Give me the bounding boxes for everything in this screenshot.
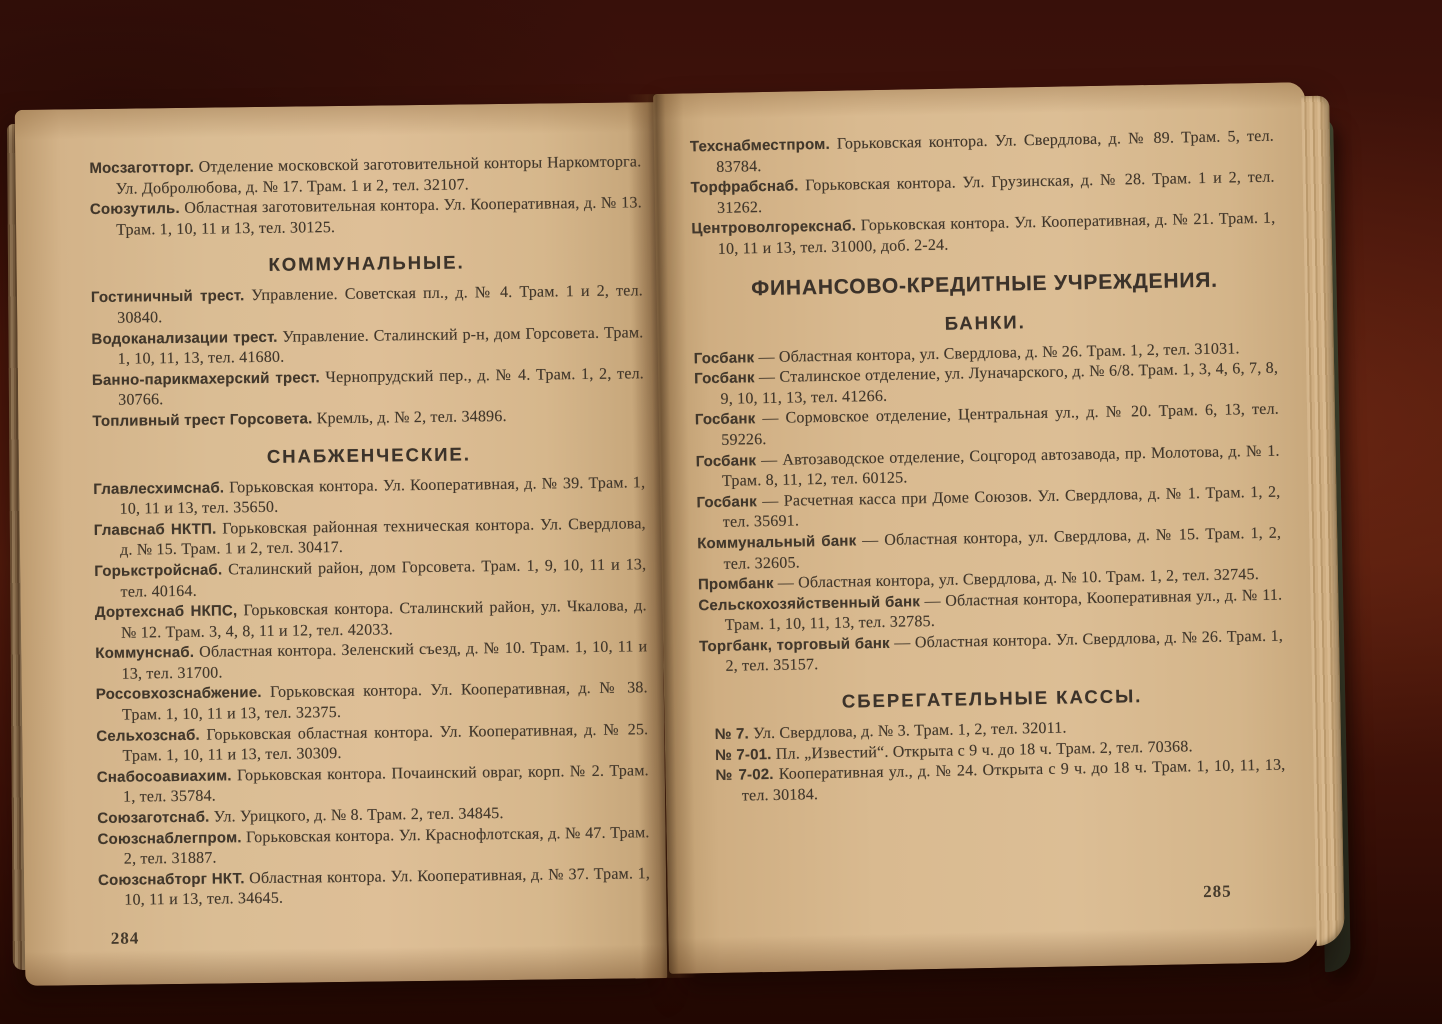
entry-term: Союзснаблегпром. — [97, 829, 241, 848]
page-number-left: 284 — [111, 928, 140, 948]
directory-entry: Снабосоавиахим. Горьковская контора. Поч… — [97, 761, 649, 809]
page-number-right: 285 — [1203, 882, 1232, 903]
directory-entry: Сельхозснаб. Горьковская областная конто… — [96, 720, 648, 768]
entry-term: Снабосоавиахим. — [97, 767, 232, 786]
entry-term: Коммунснаб. — [95, 644, 194, 662]
section-heading-kommunalnye: КОММУНАЛЬНЫЕ. — [90, 250, 642, 279]
entry-text: Ул. Свердлова, д. № 3. Трам. 1, 2, тел. … — [753, 720, 1067, 743]
entry-text: Областная контора. Зеленский съезд, д. №… — [121, 639, 647, 683]
entry-term: Горькстройснаб. — [94, 561, 222, 580]
entry-text: Кремль, д. № 2, тел. 34896. — [317, 408, 507, 427]
entry-term: № 7. — [715, 725, 750, 743]
entry-term: Банно-парикмахерский трест. — [92, 369, 320, 389]
entry-term: Союзаготснаб. — [97, 809, 209, 827]
entry-term: Коммунальный банк — [697, 532, 856, 552]
entry-text: — Автозаводское отделение, Соцгород авто… — [722, 442, 1280, 490]
entry-text: Отделение московской заготовительной кон… — [116, 153, 642, 197]
right-page: Техснабместпром. Горьковская контора. Ул… — [653, 82, 1321, 974]
directory-entry: Водоканализации трест. Управление. Стали… — [91, 323, 643, 371]
entry-term: Госбанк — [694, 369, 755, 387]
directory-entry: Коммунснаб. Областная контора. Зеленский… — [95, 638, 647, 686]
open-book: Мосзаготторг. Отделение московской загот… — [0, 0, 1442, 1024]
entry-term: Госбанк — [696, 493, 757, 511]
entry-text: Горьковская контора. Ул. Грузинская, д. … — [717, 169, 1275, 217]
entry-term: Союзснабторг НКТ. — [98, 870, 245, 889]
right-page-text: Техснабместпром. Горьковская контора. Ул… — [690, 127, 1286, 808]
entry-term: Сельхозснаб. — [96, 726, 200, 744]
entry-term: Центроволгорекснаб. — [691, 218, 856, 238]
major-heading-finance: ФИНАНСОВО-КРЕДИТНЫЕ УЧРЕЖДЕНИЯ. — [692, 267, 1276, 302]
entry-term: № 7-01. — [715, 746, 772, 764]
entry-text: — Сормовское отделение, Центральная ул.,… — [721, 401, 1279, 449]
entry-text: Кооперативная ул., д. № 24. Открыта с 9 … — [742, 757, 1286, 805]
directory-entry: Россовхозснабжение. Горьковская контора.… — [96, 679, 648, 727]
directory-entry: Мосзаготторг. Отделение московской загот… — [89, 152, 641, 200]
entry-term: Главлесхимснаб. — [93, 479, 224, 498]
entry-term: Госбанк — [694, 349, 755, 367]
entry-term: Мосзаготторг. — [89, 159, 194, 177]
left-page-text: Мосзаготторг. Отделение московской загот… — [89, 152, 650, 912]
entry-term: Водоканализации трест. — [91, 328, 277, 347]
entry-term: Госбанк — [696, 452, 757, 470]
section-heading-snabzhencheskie: СНАБЖЕНЧЕСКИЕ. — [93, 441, 645, 470]
entry-term: Техснабместпром. — [690, 136, 830, 156]
directory-entry: Дортехснаб НКПС, Горьковская контора. Ст… — [95, 596, 647, 644]
entry-term: № 7-02. — [715, 766, 774, 784]
directory-entry: Главснаб НКТП. Горьковская районная техн… — [94, 514, 646, 562]
left-page: Мосзаготторг. Отделение московской загот… — [15, 102, 668, 986]
photo-background: Мосзаготторг. Отделение московской загот… — [0, 0, 1442, 1024]
savings-entries-group: № 7. Ул. Свердлова, д. № 3. Трам. 1, 2, … — [701, 715, 1286, 808]
entry-term: Гостиничный трест. — [91, 288, 245, 307]
directory-entry: Союзснабторг НКТ. Областная контора. Ул.… — [98, 864, 650, 912]
entry-term: Сельскохозяйственный банк — [698, 593, 920, 614]
directory-entry: Главлесхимснаб. Горьковская контора. Ул.… — [93, 473, 645, 521]
directory-entry: Банно-парикмахерский трест. Чернопрудски… — [92, 364, 644, 412]
directory-entry: Союзутиль. Областная заготовительная кон… — [90, 193, 642, 241]
directory-entry: Горькстройснаб. Сталинский район, дом Го… — [94, 555, 646, 603]
directory-entry: Союзснаблегпром. Горьковская контора. Ул… — [97, 823, 649, 871]
entry-term: Торгбанк, торговый банк — [699, 635, 890, 655]
entry-term: Союзутиль. — [90, 200, 180, 218]
section-heading-sberkassy: СБЕРЕГАТЕЛЬНЫЕ КАССЫ. — [700, 683, 1284, 716]
entry-term: Промбанк — [698, 575, 774, 593]
directory-entry: Гостиничный трест. Управление. Советская… — [91, 282, 643, 330]
entry-term: Госбанк — [695, 411, 756, 429]
entry-text: Ул. Урицкого, д. № 8. Трам. 2, тел. 3484… — [214, 805, 504, 826]
entry-term: Главснаб НКТП. — [94, 520, 217, 538]
entry-text: — Расчетная касса при Доме Союзов. Ул. С… — [723, 483, 1281, 531]
entry-term: Топливный трест Горсовета. — [92, 410, 312, 430]
entry-term: Россовхозснабжение. — [96, 684, 262, 703]
entry-term: Торфрабснаб. — [691, 178, 799, 197]
section-heading-banki: БАНКИ. — [693, 306, 1277, 339]
entry-text: Областная заготовительная контора. Ул. К… — [116, 194, 642, 238]
entry-text: — Сталинское отделение, ул. Луначарского… — [720, 360, 1278, 408]
entry-text: Горьковская областная контора. Ул. Коопе… — [122, 721, 648, 765]
entry-term: Дортехснаб НКПС, — [95, 602, 238, 621]
